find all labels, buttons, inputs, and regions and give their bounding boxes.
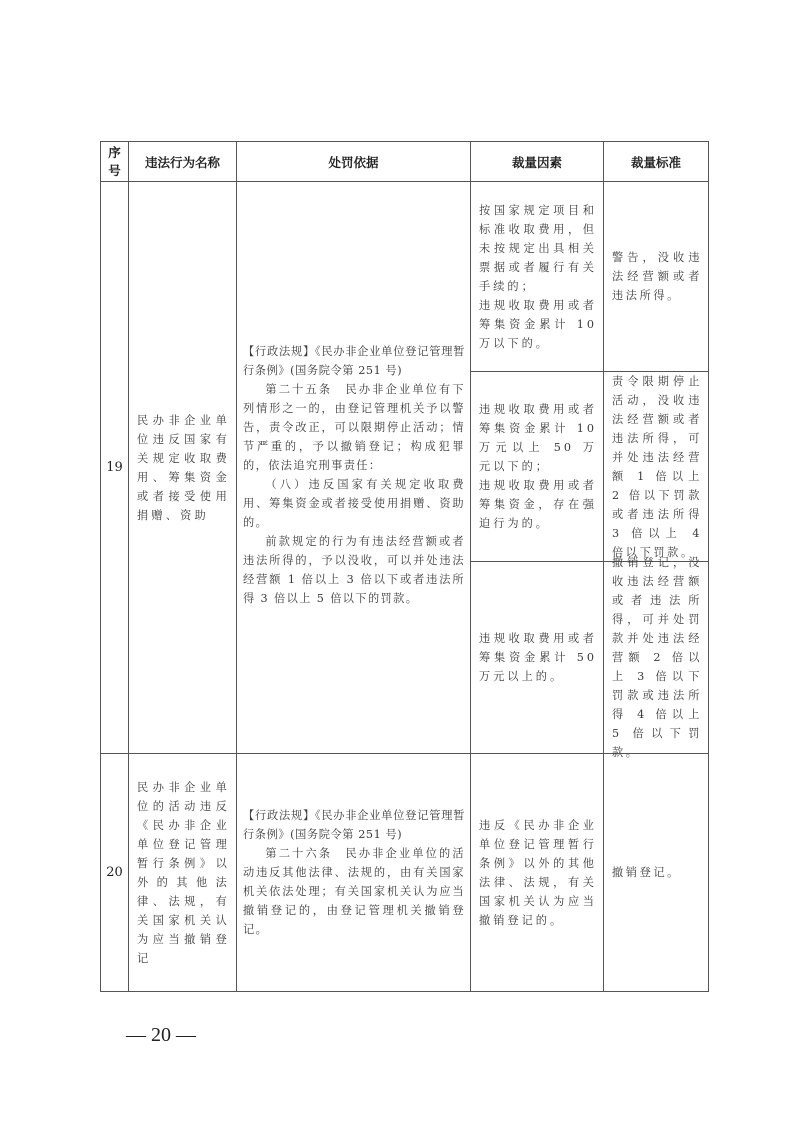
table-border-bottom — [100, 991, 709, 992]
row19-tier2-factors: 违规收取费用或者筹集资金累计 10 万元以上 50 万元以下的； 违规收取费用或… — [471, 372, 603, 561]
row19-basis-supplement: 前款规定的行为有违法经营额或者违法所得的，予以没收，可以并处违法经营额 1 倍以… — [243, 532, 465, 608]
row19-tier1-factors-content: 按国家规定项目和标准收取费用，但未按规定出具相关票据或者履行有关手续的； 违规收… — [479, 201, 597, 353]
factor-text: 违规收取费用或者筹集资金累计 10 万元以上 50 万元以下的； — [479, 400, 597, 476]
row19-basis-item: （八）违反国家有关规定收取费用、筹集资金或者接受使用捐赠、资助的。 — [243, 475, 465, 532]
row19-basis-content: 【行政法规】《民办非企业单位登记管理暂行条例》(国务院令第 251 号) 第二十… — [243, 342, 465, 608]
standard-text: 撤销登记。 — [612, 863, 681, 882]
row19-tier1-factors: 按国家规定项目和标准收取费用，但未按规定出具相关票据或者履行有关手续的； 违规收… — [471, 182, 603, 371]
header-factors: 裁量因素 — [471, 142, 603, 181]
row19-index-value: 19 — [106, 460, 123, 475]
header-index-label: 序号 — [108, 144, 122, 180]
factor-text: 违规收取费用或者筹集资金累计 10 万以下的。 — [479, 296, 597, 353]
table-border-right — [708, 141, 709, 992]
row19-tier3-factors: 违规收取费用或者筹集资金累计 50 万元以上的。 — [471, 562, 603, 753]
row20-index-value: 20 — [106, 865, 123, 880]
factor-text: 按国家规定项目和标准收取费用，但未按规定出具相关票据或者履行有关手续的； — [479, 201, 597, 296]
row19-basis-article: 第二十五条 民办非企业单位有下列情形之一的，由登记管理机关予以警告，责令改正，可… — [243, 380, 465, 475]
header-basis: 处罚依据 — [237, 142, 470, 181]
page-number: — 20 — — [126, 1024, 196, 1047]
row20-standard: 撤销登记。 — [604, 754, 708, 991]
row20-basis: 【行政法规】《民办非企业单位登记管理暂行条例》(国务院令第 251 号) 第二十… — [237, 754, 470, 991]
header-standards: 裁量标准 — [604, 142, 708, 181]
row20-basis-content: 【行政法规】《民办非企业单位登记管理暂行条例》(国务院令第 251 号) 第二十… — [243, 806, 465, 939]
row19-basis-source: 【行政法规】《民办非企业单位登记管理暂行条例》(国务院令第 251 号) — [243, 342, 465, 380]
standard-text: 责令限期停止活动，没收违法经营额或者违法所得，可并处违法经营额 1 倍以上 2 … — [612, 372, 702, 562]
header-index: 序号 — [101, 142, 128, 181]
row20-factors: 违反《民办非企业单位登记管理暂行条例》以外的其他法律、法规，有关国家机关认为应当… — [471, 754, 603, 991]
row19-violation-text: 民办非企业单位违反国家有关规定收取费用、筹集资金或者接受使用捐赠、资助 — [137, 411, 230, 525]
row19-tier2-standard: 责令限期停止活动，没收违法经营额或者违法所得，可并处违法经营额 1 倍以上 2 … — [604, 372, 708, 561]
row19-basis: 【行政法规】《民办非企业单位登记管理暂行条例》(国务院令第 251 号) 第二十… — [237, 182, 470, 753]
header-violation-label: 违法行为名称 — [145, 153, 220, 171]
row20-index: 20 — [101, 754, 128, 991]
row19-tier1-standard: 警告，没收违法经营额或者违法所得。 — [604, 182, 708, 371]
row20-violation-text: 民办非企业单位的活动违反《民办非企业单位登记管理暂行条例》以外的其他法律、法规，… — [137, 778, 230, 968]
row19-tier3-standard: 撤销登记，没收违法经营额或者违法所得，可并处罚款并处违法经营额 2 倍以上 3 … — [604, 562, 708, 753]
row20-violation: 民办非企业单位的活动违反《民办非企业单位登记管理暂行条例》以外的其他法律、法规，… — [129, 754, 236, 991]
row19-index: 19 — [101, 182, 128, 753]
factor-text: 违反《民办非企业单位登记管理暂行条例》以外的其他法律、法规，有关国家机关认为应当… — [479, 816, 597, 930]
standard-text: 警告，没收违法经营额或者违法所得。 — [612, 248, 702, 305]
header-standards-label: 裁量标准 — [631, 153, 681, 171]
row20-basis-source: 【行政法规】《民办非企业单位登记管理暂行条例》(国务院令第 251 号) — [243, 806, 465, 844]
header-violation: 违法行为名称 — [129, 142, 236, 181]
row19-tier2-factors-content: 违规收取费用或者筹集资金累计 10 万元以上 50 万元以下的； 违规收取费用或… — [479, 400, 597, 533]
header-factors-label: 裁量因素 — [512, 153, 562, 171]
row19-violation: 民办非企业单位违反国家有关规定收取费用、筹集资金或者接受使用捐赠、资助 — [129, 182, 236, 753]
factor-text: 违规收取费用或者筹集资金，存在强迫行为的。 — [479, 476, 597, 533]
row20-basis-article: 第二十六条 民办非企业单位的活动违反其他法律、法规的，由有关国家机关依法处理；有… — [243, 844, 465, 939]
header-basis-label: 处罚依据 — [328, 153, 378, 171]
factor-text: 违规收取费用或者筹集资金累计 50 万元以上的。 — [479, 629, 597, 686]
standard-text: 撤销登记，没收违法经营额或者违法所得，可并处罚款并处违法经营额 2 倍以上 3 … — [612, 553, 702, 762]
